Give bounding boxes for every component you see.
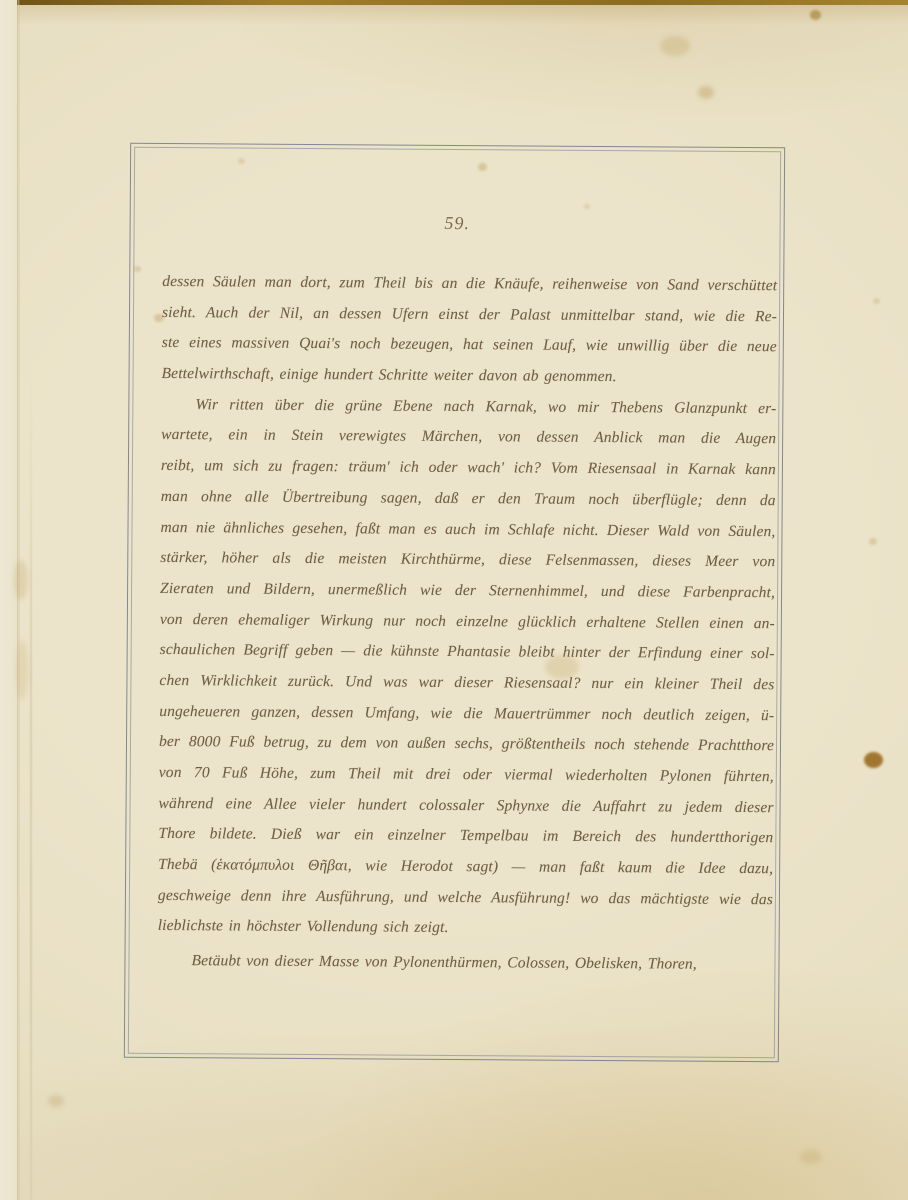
foxing-spot xyxy=(134,266,141,272)
manuscript-line: man ohne alle Übertreibung sagen, daß er… xyxy=(161,482,776,517)
manuscript-line: Wir ritten über die grüne Ebene nach Kar… xyxy=(161,390,776,425)
manuscript-line: chen Wirklichkeit zurück. Und was war di… xyxy=(159,666,774,701)
foxing-spot xyxy=(800,1150,822,1164)
manuscript-line: geschweige denn ihre Ausführung, und wel… xyxy=(158,881,773,916)
manuscript-line: man nie ähnliches gesehen, faßt man es a… xyxy=(160,512,775,547)
manuscript-line: Betäubt von dieser Masse von Pylonenthür… xyxy=(157,946,772,981)
foxing-spot xyxy=(154,314,164,322)
foxing-spot xyxy=(545,655,579,679)
manuscript-line: Thebä (ἑκατόμπυλοι Θῆβαι, wie Herodot sa… xyxy=(158,850,773,885)
foxing-spot xyxy=(660,36,690,56)
foxing-spot xyxy=(864,752,883,768)
foxing-spot xyxy=(810,10,821,20)
manuscript-page-photo: 59. dessen Säulen man dort, zum Theil bi… xyxy=(0,0,908,1200)
manuscript-line: Zieraten und Bildern, unermeßlich wie de… xyxy=(160,574,775,609)
foxing-spot xyxy=(584,204,590,209)
manuscript-line: von deren ehemaliger Wirkung nur noch ei… xyxy=(160,605,775,640)
manuscript-line: stärker, höher als die meisten Kirchthür… xyxy=(160,543,775,578)
foxing-spot xyxy=(869,538,877,545)
manuscript-line: lieblichste in höchster Vollendung sich … xyxy=(158,911,773,946)
manuscript-line: dessen Säulen man dort, zum Theil bis an… xyxy=(162,267,777,302)
foxing-spot xyxy=(873,298,880,304)
ruled-content-area: 59. dessen Säulen man dort, zum Theil bi… xyxy=(124,143,785,1063)
foxing-spot xyxy=(14,560,28,600)
page-edge-crease xyxy=(17,0,20,1200)
book-top-edge-shadow xyxy=(16,5,908,25)
manuscript-line: während eine Allee vieler hundert coloss… xyxy=(158,789,773,824)
foxing-spot xyxy=(698,86,714,99)
manuscript-line: Thore bildete. Dieß war ein einzelner Te… xyxy=(158,819,773,854)
underleaf-page-edge xyxy=(0,0,17,1200)
foxing-spot xyxy=(16,640,28,700)
manuscript-line: von 70 Fuß Höhe, zum Theil mit drei oder… xyxy=(159,758,774,793)
paper-crease xyxy=(30,380,32,1200)
manuscript-line: wartete, ein in Stein verewigtes Märchen… xyxy=(161,420,776,455)
foxing-spot xyxy=(478,163,487,171)
manuscript-line: ber 8000 Fuß betrug, zu dem von außen se… xyxy=(159,727,774,762)
manuscript-line: reibt, um sich zu fragen: träum' ich ode… xyxy=(161,451,776,486)
foxing-spot xyxy=(238,158,245,164)
manuscript-line: schaulichen Begriff geben — die kühnste … xyxy=(160,635,775,670)
manuscript-line: ungeheueren ganzen, dessen Umfang, wie d… xyxy=(159,697,774,732)
handwritten-text: dessen Säulen man dort, zum Theil bis an… xyxy=(157,267,777,981)
foxing-spot xyxy=(48,1095,64,1107)
manuscript-line: sieht. Auch der Nil, an dessen Ufern ein… xyxy=(162,298,777,333)
manuscript-line: Bettelwirthschaft, einige hundert Schrit… xyxy=(161,359,776,394)
manuscript-line: ste eines massiven Quai's noch bezeugen,… xyxy=(162,328,777,363)
